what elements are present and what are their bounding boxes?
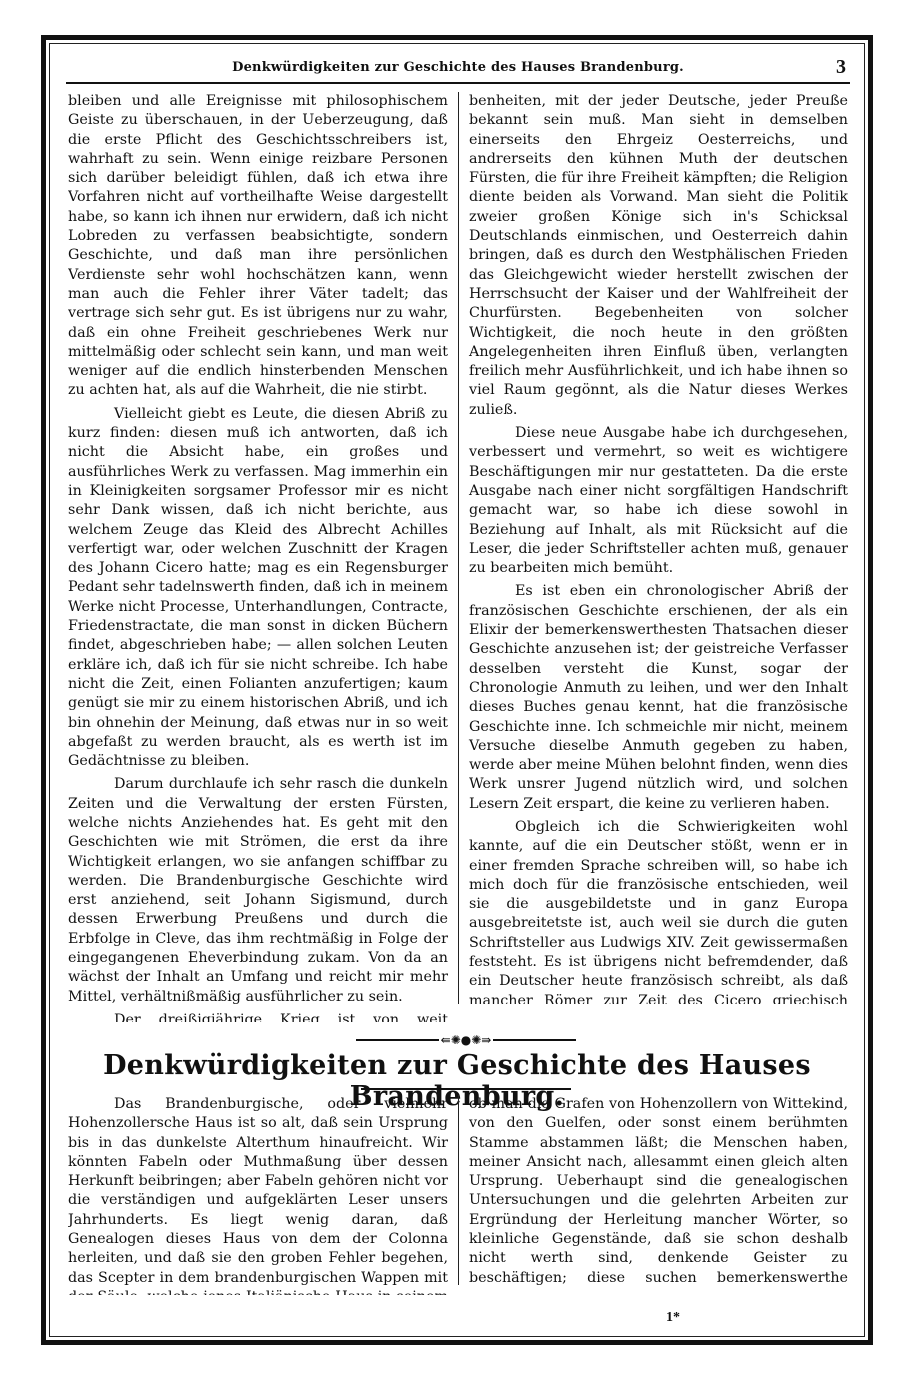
preface-right-column: benheiten, mit der jeder Deutsche, jeder… [458, 92, 848, 1004]
chapter-right-column: ob man die Grafen von Hohenzollern von W… [458, 1095, 848, 1285]
paragraph: benheiten, mit der jeder Deutsche, jeder… [469, 92, 848, 420]
paragraph: ob man die Grafen von Hohenzollern von W… [469, 1095, 848, 1285]
paragraph: Obgleich ich die Schwierigkeiten wohl ka… [469, 818, 848, 1004]
paragraph: Diese neue Ausgabe habe ich durchgesehen… [469, 424, 848, 578]
chapter-left-column: Das Brandenburgische, oder vielmehr Hohe… [68, 1095, 458, 1295]
page-frame: Denkwürdigkeiten zur Geschichte des Haus… [41, 35, 873, 1345]
paragraph: Der dreißigjährige Krieg ist von weit gr… [68, 1011, 448, 1022]
ornament-divider: ⇚✺●✺⇛ [356, 1033, 576, 1047]
ornament-line-left [356, 1039, 439, 1041]
page-number: 3 [836, 56, 846, 79]
preface-columns: bleiben und alle Ereignisse mit philosop… [68, 92, 848, 1022]
signature-mark: 1* [666, 1310, 680, 1326]
paragraph: Vielleicht giebt es Leute, die diesen Ab… [68, 405, 448, 772]
running-head-title: Denkwürdigkeiten zur Geschichte des Haus… [66, 60, 850, 75]
title-rule [361, 1088, 571, 1090]
paragraph: bleiben und alle Ereignisse mit philosop… [68, 92, 448, 401]
chapter-columns: Das Brandenburgische, oder vielmehr Hohe… [68, 1095, 848, 1295]
paragraph: Das Brandenburgische, oder vielmehr Hohe… [68, 1095, 448, 1295]
preface-left-column: bleiben und alle Ereignisse mit philosop… [68, 92, 458, 1022]
paragraph: Darum durchlaufe ich sehr rasch die dunk… [68, 775, 448, 1007]
ornament-flourish-icon: ⇚✺●✺⇛ [441, 1034, 492, 1046]
paragraph: Es ist eben ein chronologischer Abriß de… [469, 582, 848, 814]
running-head: Denkwürdigkeiten zur Geschichte des Haus… [66, 52, 850, 84]
ornament-line-right [493, 1039, 576, 1041]
